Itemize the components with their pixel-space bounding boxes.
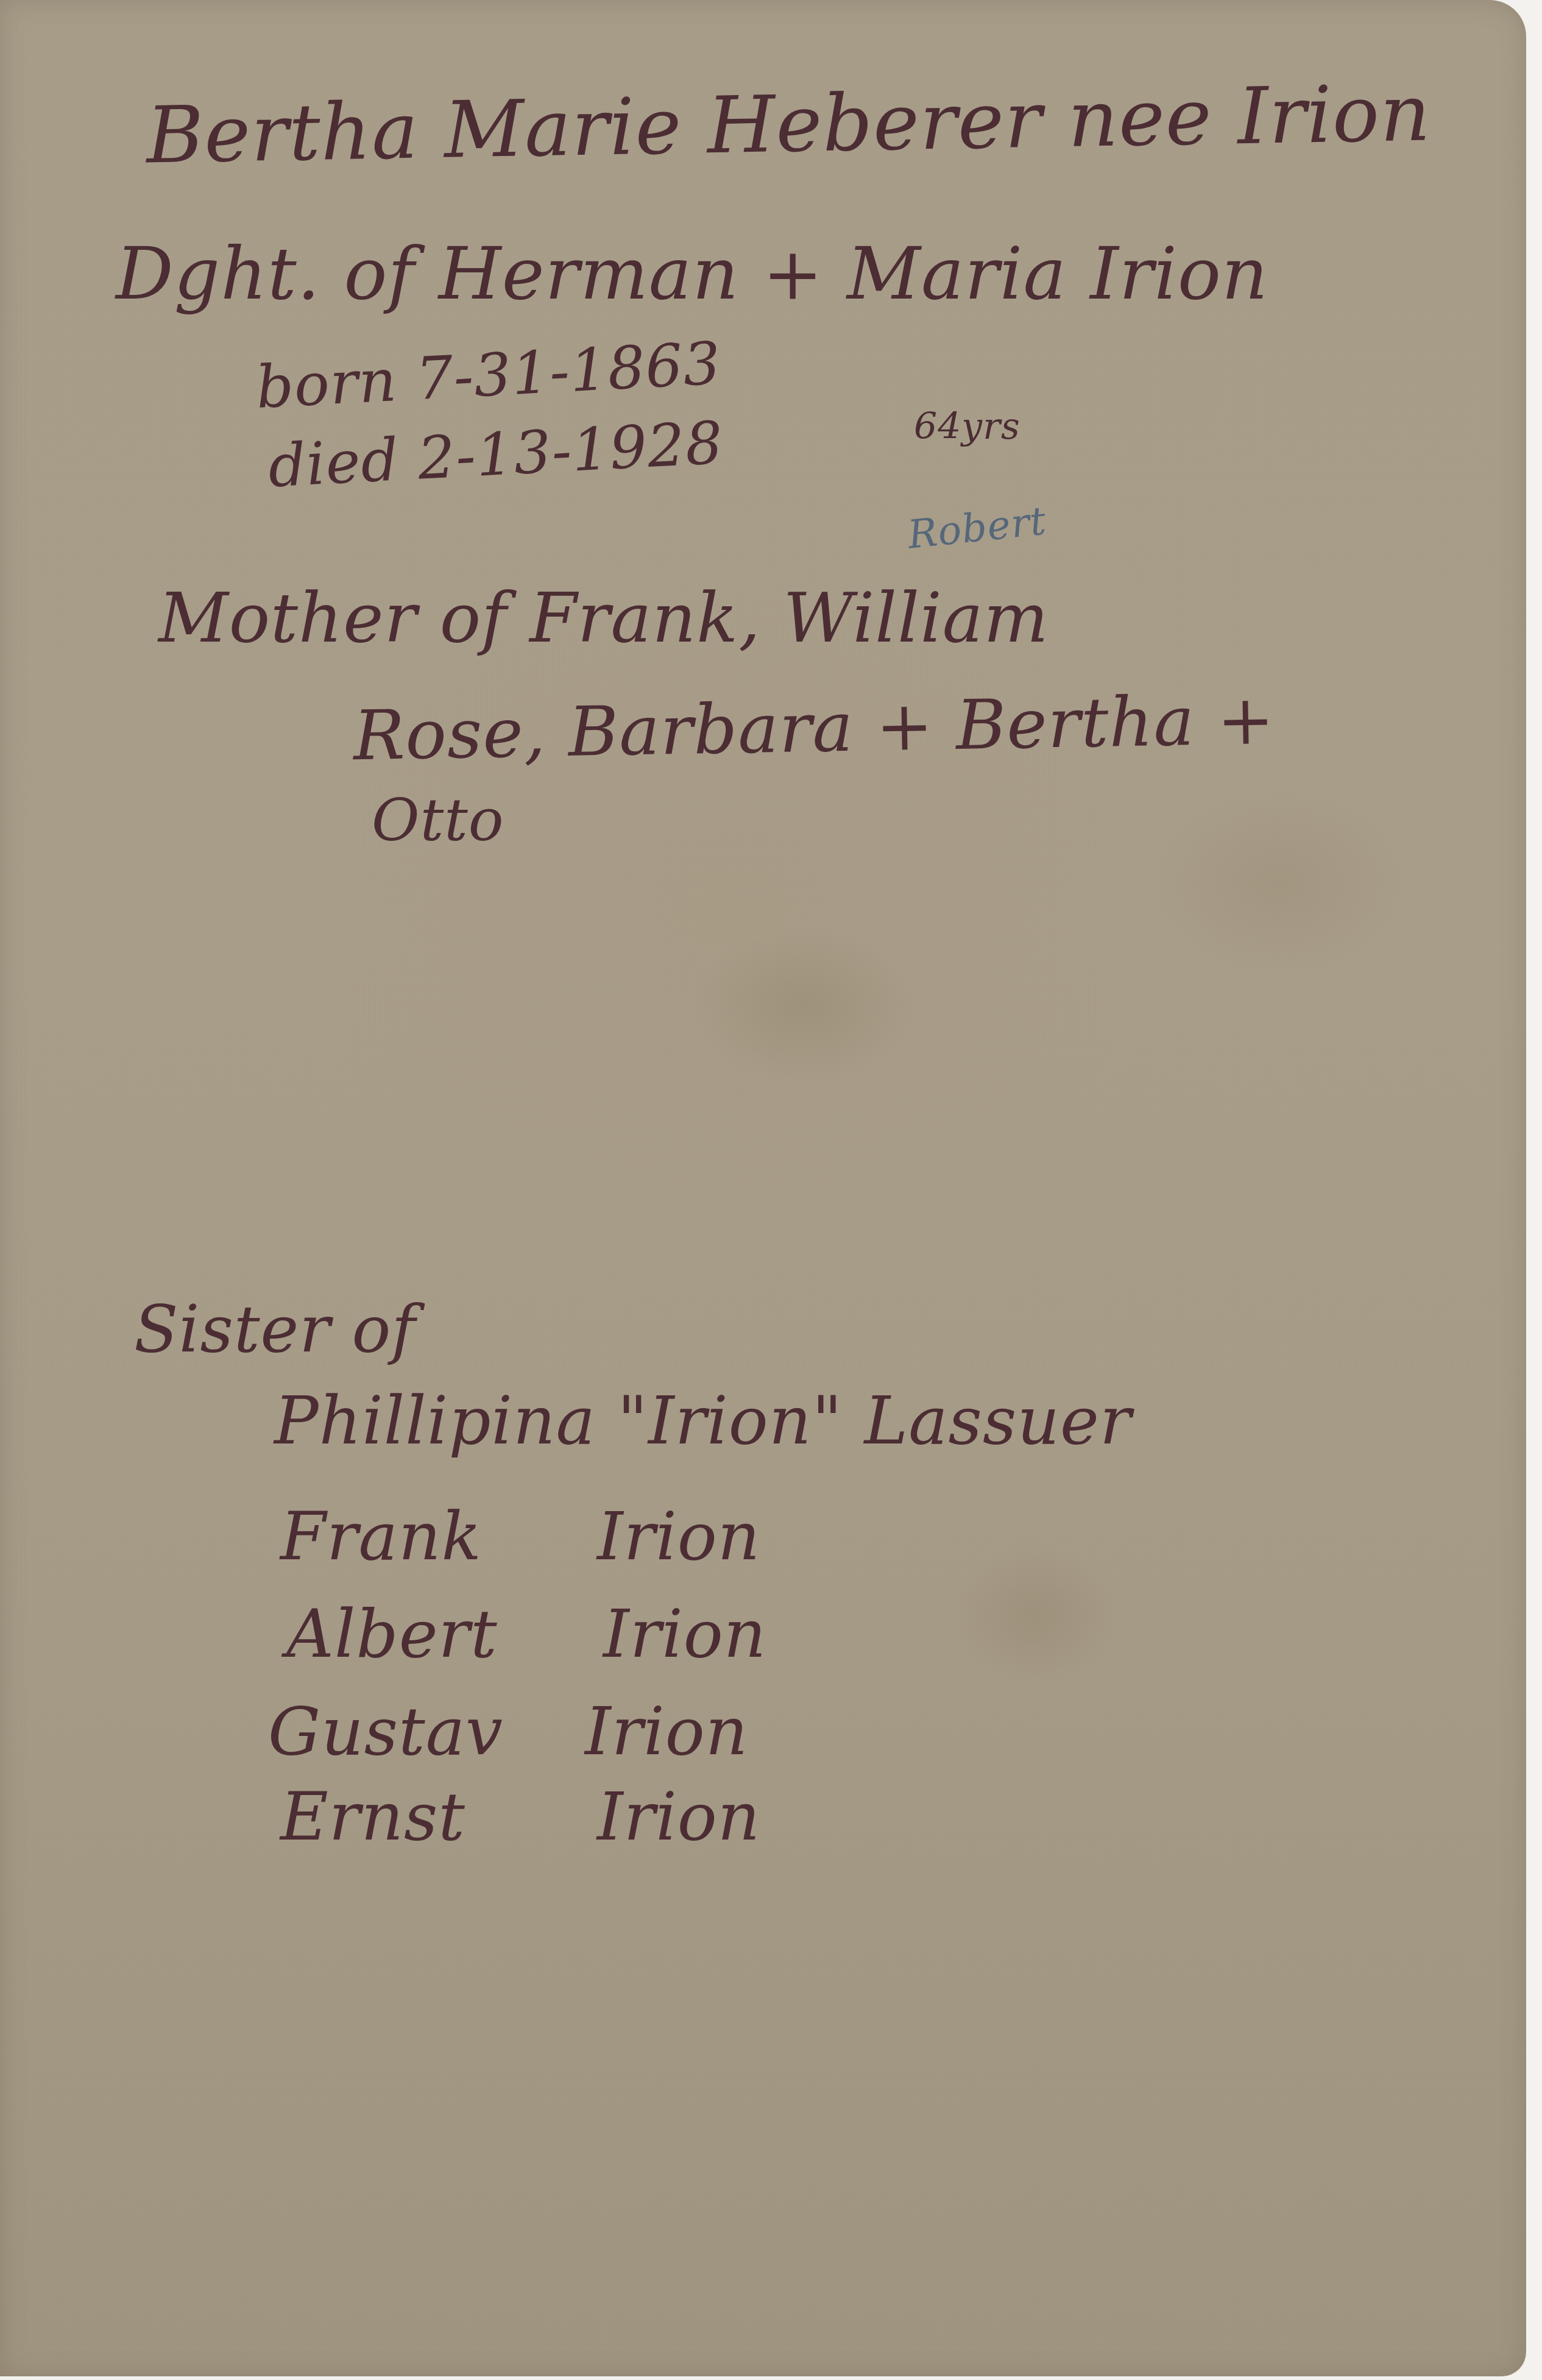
children-line-2: Rose, Barbara + Bertha + — [353, 681, 1276, 776]
sibling-first-name: Gustav — [268, 1694, 585, 1770]
sibling-entry: ErnstIrion — [280, 1779, 760, 1855]
birth-date: born 7-31-1863 — [255, 329, 723, 422]
sibling-last-name: Irion — [585, 1694, 748, 1770]
sibling-entry: GustavIrion — [268, 1694, 748, 1770]
sibling-entry: Phillipina "Irion" Lassuer — [274, 1383, 1132, 1459]
death-date: died 2-13-1928 — [267, 409, 725, 501]
parents-line: Dght. of Herman + Maria Irion — [116, 232, 1268, 316]
children-line-1: Mother of Frank, William — [158, 579, 1049, 658]
sibling-first-name: Frank — [280, 1499, 597, 1575]
sibling-entry: FrankIrion — [280, 1499, 760, 1575]
children-line-3: Otto — [372, 786, 504, 854]
sibling-first-name: Ernst — [280, 1779, 597, 1855]
sibling-entry: AlbertIrion — [286, 1596, 766, 1673]
subject-name: Bertha Marie Heberer nee Irion — [146, 68, 1432, 182]
sibling-last-name: "Irion" Lassuer — [617, 1383, 1131, 1459]
cabinet-card-back: Bertha Marie Heberer nee Irion Dght. of … — [0, 0, 1526, 2376]
age-at-death: 64yrs — [914, 405, 1020, 448]
sibling-first-name: Albert — [286, 1596, 603, 1673]
sibling-first-name: Phillipina — [274, 1383, 596, 1459]
inserted-name-annotation: Robert — [906, 498, 1049, 558]
sibling-last-name: Irion — [603, 1596, 766, 1673]
sibling-last-name: Irion — [597, 1499, 760, 1575]
sibling-last-name: Irion — [597, 1779, 760, 1855]
siblings-heading: Sister of — [134, 1292, 416, 1367]
